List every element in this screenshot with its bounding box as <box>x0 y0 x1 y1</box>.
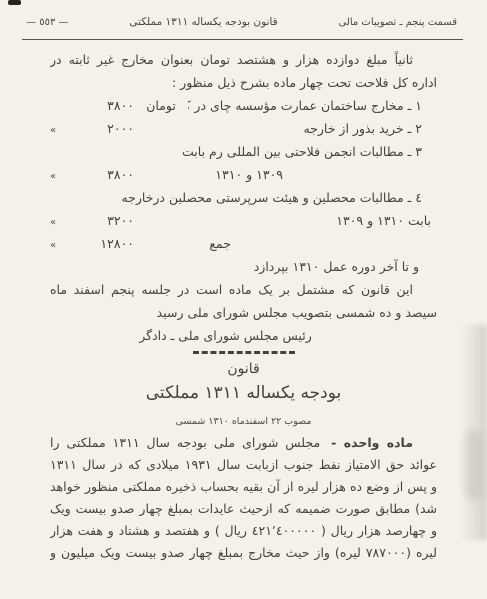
payment-term-line: و تا آخر دوره عمل ١٣١٠ بپردازد <box>50 255 437 278</box>
paragraph-line: ثانیاً مبلغ دوازده هزار و هشتصد تومان بع… <box>50 48 437 71</box>
amount-unit: تومان <box>134 94 188 117</box>
item-text-years: ١٣٠٩ و ١٣١٠ <box>215 163 437 186</box>
amount-cell: « ٣٢٠٠ <box>50 209 188 232</box>
header-rule <box>22 39 463 40</box>
total-label: جمع <box>209 232 231 255</box>
amount-digits: ٣٨٠٠ <box>68 163 134 186</box>
amount-cell: « ٣٨٠٠ <box>50 163 188 186</box>
law-title: بودجه یکساله ١٣١١ مملکتی <box>50 382 437 410</box>
item-text: ٤ ـ مطالبات محصلین و هیئت سرپرستی محصلین… <box>121 186 437 209</box>
document-body: ثانیاً مبلغ دوازده هزار و هشتصد تومان بع… <box>50 48 437 564</box>
amount-digits: ٣٨٠٠ <box>68 94 134 117</box>
budget-item-row: ١ ـ مخارج ساختمان عمارت مؤسسه چای در کجو… <box>50 94 437 117</box>
page-header: قسمت پنجم ـ تصویبات مالی قانون بودجه یکس… <box>26 16 457 28</box>
ratification-line: سیصد و ده شمسی بتصویب مجلس شورای ملی رسی… <box>50 301 437 324</box>
item-text: ٣ ـ مطالبات انجمن فلاحتی بین المللی رم ب… <box>182 140 437 163</box>
article-line: و پس از وضع ده هزار لیره از آن بقیه بحسا… <box>50 476 437 498</box>
budget-item-row: ٢ ـ خرید بذور از خارجه « ٢٠٠٠ <box>50 117 437 140</box>
budget-item-continuation: بابت ١٣١٠ و ١٣٠٩ « ٣٢٠٠ <box>50 209 437 232</box>
amount-digits: ٢٠٠٠ <box>68 117 134 140</box>
approval-note: مصوب ٢٢ اسفندماه ١٣١٠ شمسی <box>50 410 437 430</box>
amount-digits: ٣٢٠٠ <box>68 209 134 232</box>
article-line: شد) مطابق صورت ضمیمه که ازحیث عایدات بمب… <box>50 498 437 520</box>
article-paragraph: ماده واحده - مجلس شورای ملی بودجه سال ١٣… <box>50 432 437 564</box>
amount-cell: ٣٨٠٠ تومان <box>50 94 188 117</box>
page-number: — ٥٥٣ — <box>26 17 69 28</box>
law-kicker: قانون <box>50 358 437 382</box>
article-first-line: ماده واحده - مجلس شورای ملی بودجه سال ١٣… <box>50 432 437 454</box>
document-page: قسمت پنجم ـ تصویبات مالی قانون بودجه یکس… <box>0 0 487 599</box>
budget-item-continuation: ١٣٠٩ و ١٣١٠ « ٣٨٠٠ <box>50 163 437 186</box>
dashed-separator <box>193 351 295 354</box>
ditto-mark: « <box>50 165 68 186</box>
ditto-mark: « <box>50 211 68 232</box>
signature-line: رئیس مجلس شورای ملی ـ دادگر <box>50 324 437 346</box>
ditto-mark: « <box>50 119 68 140</box>
total-row: جمع « ١٢٨٠٠ <box>50 232 437 255</box>
scan-speck <box>8 0 21 5</box>
item-text: ٢ ـ خرید بذور از خارجه <box>303 117 437 140</box>
article-line: و چهارصد هزار ریال ( ٤٢١٬٤٠٠٠٠٠ ریال ) و… <box>50 520 437 542</box>
amount-cell: « ١٢٨٠٠ <box>50 232 188 255</box>
scan-smudge-2 <box>465 430 483 500</box>
header-law-title: قانون بودجه یکساله ١٣١١ مملکتی <box>129 16 277 28</box>
ratification-line: این قانون که مشتمل بر یک ماده است در جلس… <box>50 278 437 301</box>
article-label: ماده واحده - <box>331 435 413 450</box>
amount-cell: « ٢٠٠٠ <box>50 117 188 140</box>
header-section-label: قسمت پنجم ـ تصویبات مالی <box>338 17 457 28</box>
budget-item-row: ٤ ـ مطالبات محصلین و هیئت سرپرستی محصلین… <box>50 186 437 209</box>
ditto-mark: « <box>50 234 68 255</box>
item-text: ١ ـ مخارج ساختمان عمارت مؤسسه چای در کجو… <box>188 94 437 117</box>
article-line: لیره (٧٨٧٠٠٠ لیره) واز حیث مخارج بمبلغ چ… <box>50 542 437 564</box>
article-line: عوائد حق الامتیاز نفط جنوب ازبابت سال ١٩… <box>50 454 437 476</box>
item-text-years: بابت ١٣١٠ و ١٣٠٩ <box>336 209 437 232</box>
amount-digits: ١٢٨٠٠ <box>68 232 134 255</box>
paragraph-line: اداره کل فلاحت تحت چهار ماده بشرح ذیل من… <box>50 71 437 94</box>
budget-item-row: ٣ ـ مطالبات انجمن فلاحتی بین المللی رم ب… <box>50 140 437 163</box>
